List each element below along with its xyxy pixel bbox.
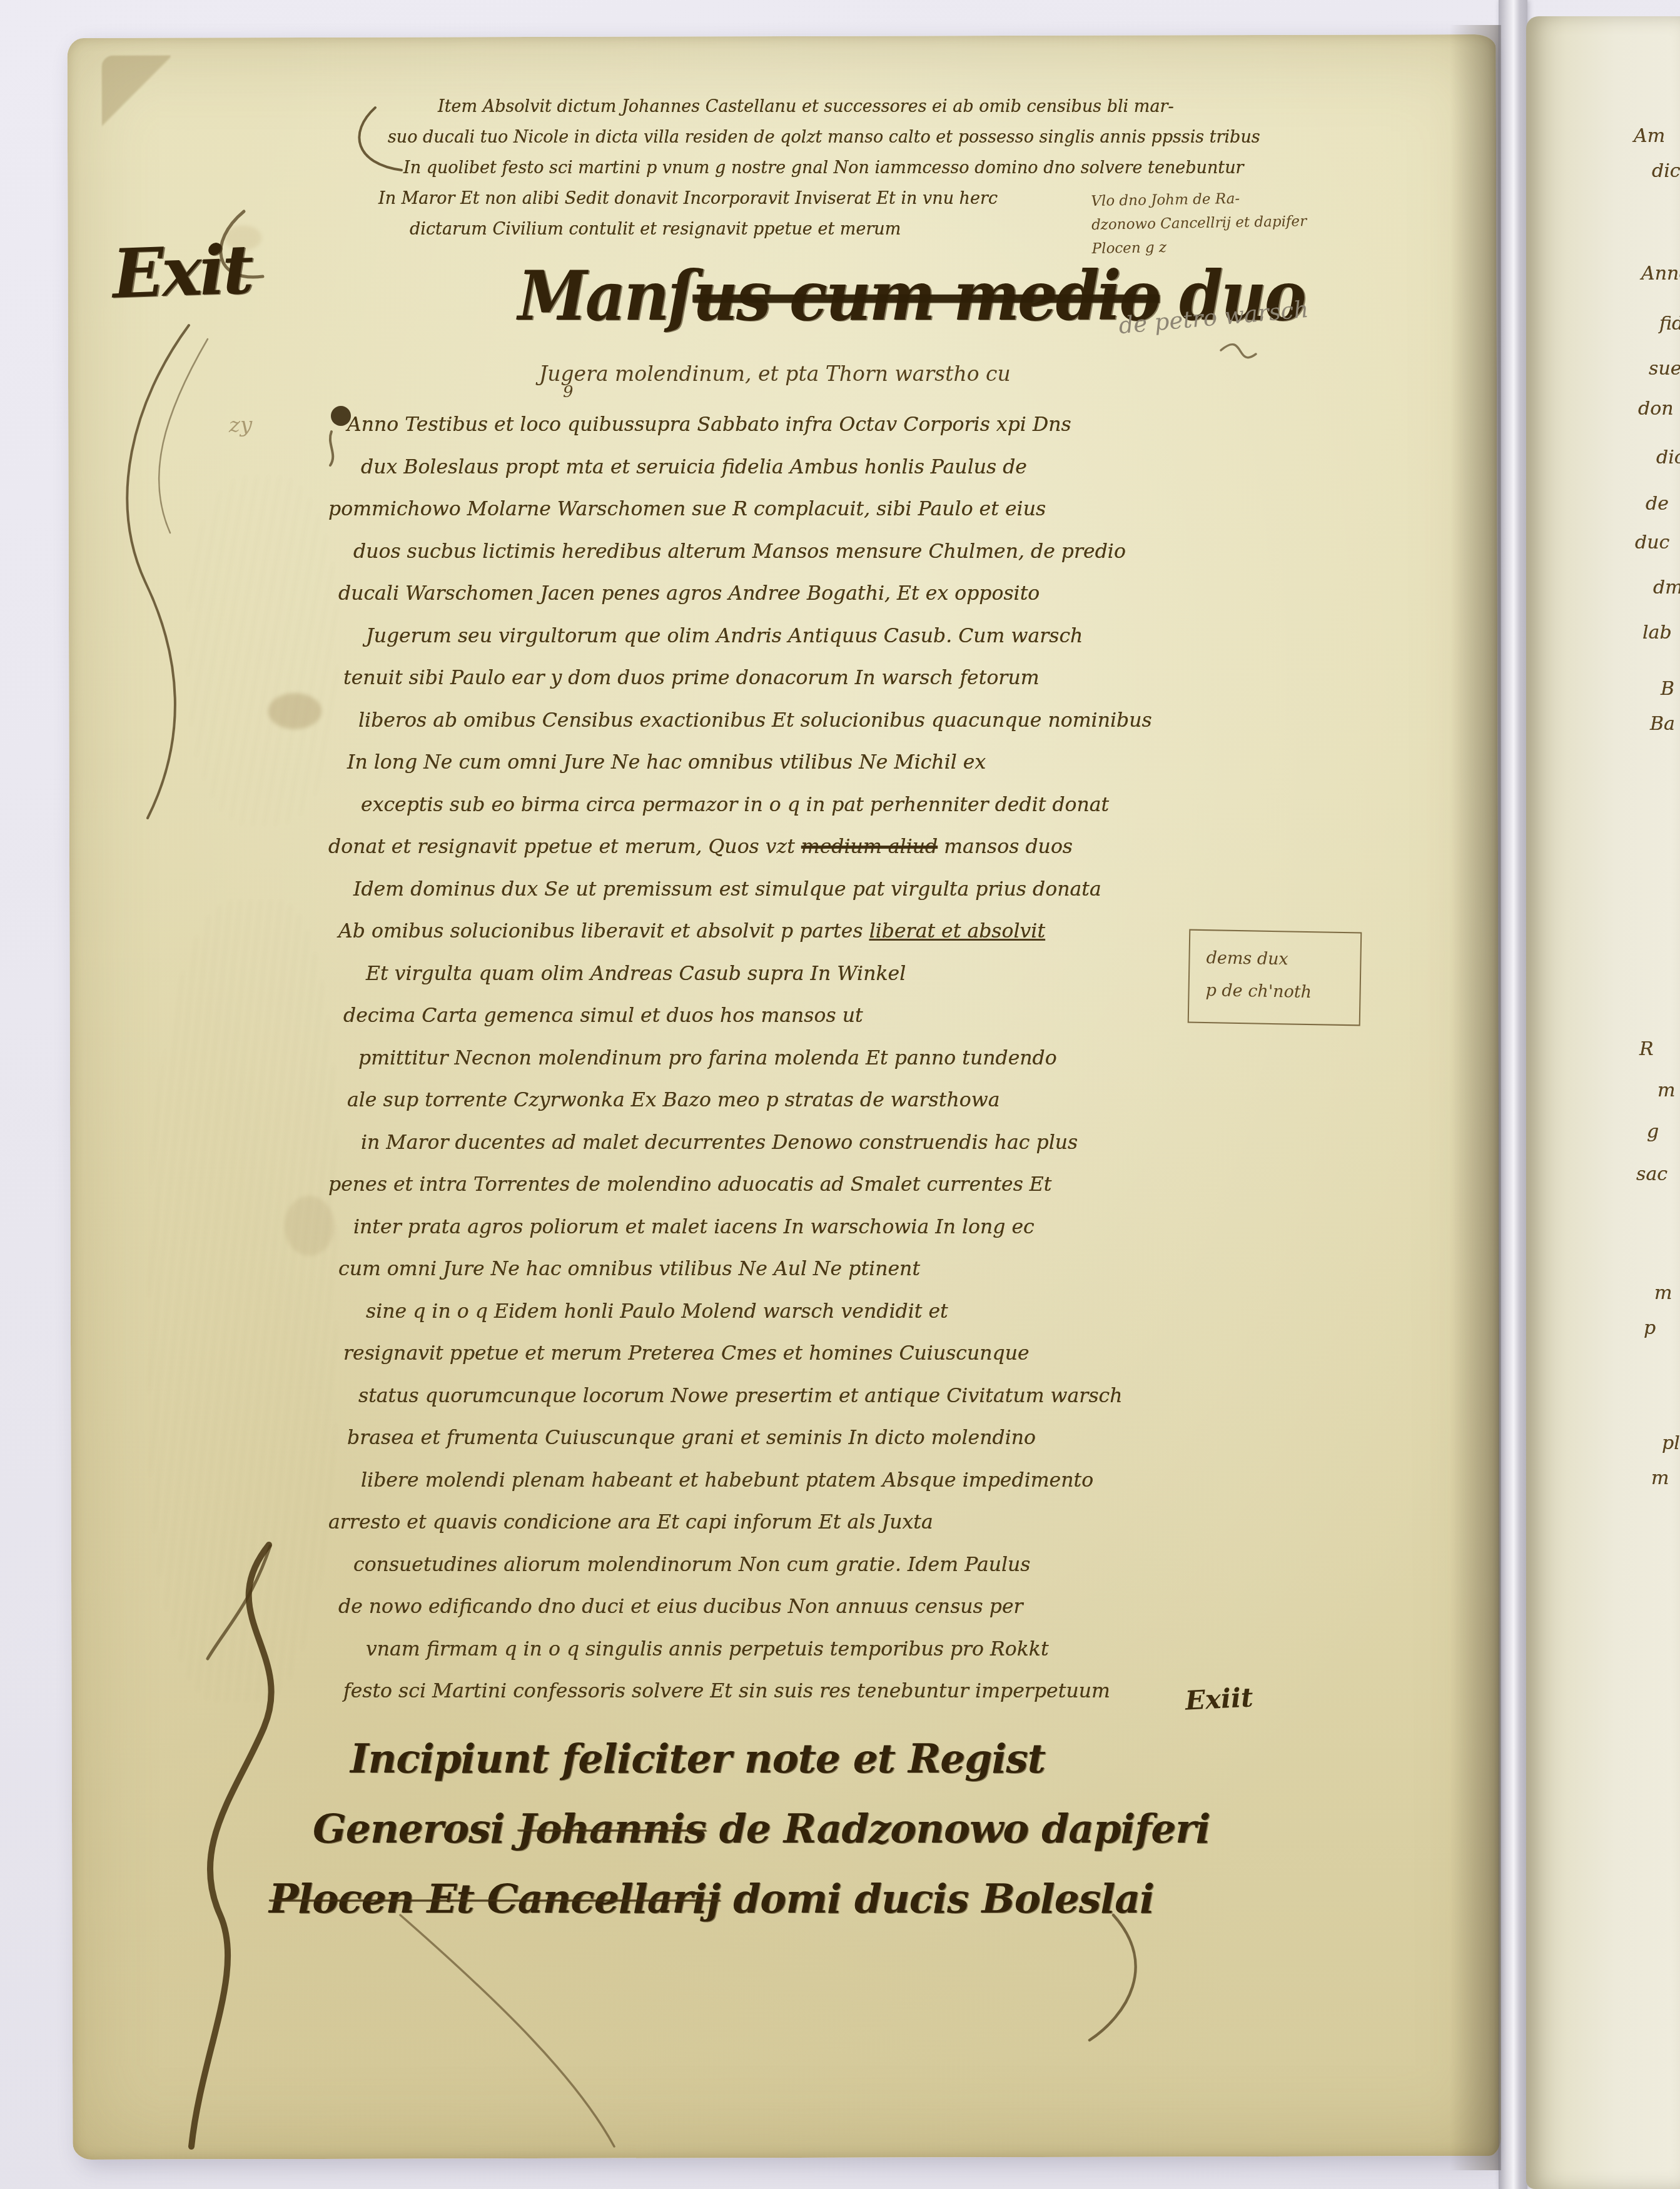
text-segment: dux Boleslaus propt mta et seruicia fide…: [361, 456, 1027, 478]
facing-page-text-fragment: duc: [1635, 532, 1669, 554]
text-segment: decima Carta gemenca simul et duos hos m…: [343, 1004, 863, 1027]
body-line: brasea et frumenta Cuiuscunque grani et …: [347, 1417, 1310, 1460]
entry-subheading: Jugera molendinum, et pta Thorn warstho …: [539, 361, 1011, 386]
text-segment: dictarum Civilium contulit et resignavit…: [410, 220, 901, 239]
facing-page-text-fragment: R: [1639, 1038, 1654, 1060]
body-line: decima Carta gemenca simul et duos hos m…: [343, 995, 1310, 1038]
facing-page-text-fragment: g: [1647, 1121, 1659, 1143]
text-segment: liberos ab omibus Censibus exactionibus …: [358, 709, 1152, 732]
body-line: Anno Testibus et loco quibussupra Sabbat…: [347, 404, 1310, 447]
text-segment: Johannis: [517, 1806, 706, 1852]
text-segment: In long Ne cum omni Jure Ne hac omnibus …: [347, 751, 986, 774]
top-line: suo ducali tuo Nicole in dicta villa res…: [388, 122, 1260, 153]
text-segment: arresto et quavis condicione ara Et capi…: [328, 1511, 933, 1534]
body-line: ale sup torrente Czyrwonka Ex Bazo meo p…: [347, 1079, 1310, 1122]
body-line: status quorumcunque locorum Nowe presert…: [358, 1375, 1310, 1418]
body-line: in Maror ducentes ad malet decurrentes D…: [361, 1122, 1310, 1165]
bottom-line: Generosi Johannis de Radzonowo dapiferi: [313, 1794, 1210, 1864]
text-segment: Plocen Et Cancellarij: [269, 1876, 720, 1922]
body-line: Jugerum seu virgultorum que olim Andris …: [366, 615, 1310, 658]
body-line: In long Ne cum omni Jure Ne hac omnibus …: [347, 742, 1310, 784]
text-segment: Generosi: [313, 1806, 517, 1852]
text-segment: in Maror ducentes ad malet decurrentes D…: [361, 1131, 1078, 1154]
facing-page-text-fragment: m: [1651, 1467, 1669, 1489]
body-line: cum omni Jure Ne hac omnibus vtilibus Ne…: [338, 1248, 1310, 1291]
text-segment: medium aliud: [801, 836, 938, 858]
text-segment: de nowo edificando dno duci et eius duci…: [338, 1595, 1023, 1618]
body-line: consuetudines aliorum molendinorum Non c…: [353, 1544, 1310, 1587]
text-segment: status quorumcunque locorum Nowe presert…: [358, 1385, 1122, 1407]
text-segment: domi ducis Boleslai: [720, 1876, 1154, 1922]
body-line: inter prata agros poliorum et malet iace…: [353, 1206, 1310, 1249]
facing-page-text-fragment: B: [1661, 678, 1674, 700]
bottom-line: Incipiunt feliciter note et Regist: [350, 1724, 1210, 1794]
facing-page-edge: AmdictAnnofidelisuedondictodeducdmlabBBa…: [1526, 16, 1680, 2189]
text-segment: sine q in o q Eidem honli Paulo Molend w…: [366, 1300, 948, 1323]
body-line: de nowo edificando dno duci et eius duci…: [338, 1586, 1310, 1629]
body-line: liberos ab omibus Censibus exactionibus …: [358, 700, 1310, 742]
body-line: ducali Warschomen Jacen penes agros Andr…: [338, 573, 1310, 615]
body-line: festo sci Martini confessoris solvere Et…: [343, 1671, 1310, 1713]
text-segment: resignavit ppetue et merum Preterea Cmes…: [343, 1342, 1030, 1365]
side-note-line: dzonowo Cancellrij et dapifer: [1091, 210, 1307, 237]
facing-page-text-fragment: m: [1654, 1282, 1672, 1304]
text-segment: festo sci Martini confessoris solvere Et…: [343, 1680, 1110, 1702]
facing-page-text-fragment: don: [1638, 398, 1674, 420]
bottom-line: Plocen Et Cancellarij domi ducis Bolesla…: [269, 1864, 1210, 1934]
facing-page-text-fragment: p: [1644, 1317, 1656, 1339]
boxed-note-line: p de ch'noth: [1205, 974, 1360, 1009]
body-line: sine q in o q Eidem honli Paulo Molend w…: [366, 1291, 1310, 1333]
page-corner-fold: [102, 56, 171, 131]
facing-page-text-fragment: Anno: [1641, 263, 1680, 285]
facing-page-text-fragment: Am: [1634, 125, 1665, 147]
text-segment: liberat et absolvit: [869, 920, 1045, 943]
text-segment: pmittitur Necnon molendinum pro farina m…: [358, 1047, 1057, 1069]
heading-pre: Manſ: [518, 256, 692, 335]
text-segment: ducali Warschomen Jacen penes agros Andr…: [338, 582, 1040, 605]
text-segment: vnam firmam q in o q singulis annis perp…: [366, 1638, 1049, 1661]
text-segment: libere molendi plenam habeant et habebun…: [361, 1469, 1093, 1492]
facing-page-text-fragment: lab: [1642, 622, 1672, 644]
facing-page-text-fragment: de: [1646, 493, 1669, 515]
body-line: vnam firmam q in o q singulis annis perp…: [366, 1629, 1310, 1671]
body-line: libere molendi plenam habeant et habebun…: [361, 1460, 1310, 1502]
body-line: exceptis sub eo birma circa permazor in …: [361, 784, 1310, 827]
register-inscription: Incipiunt feliciter note et RegistGenero…: [269, 1724, 1210, 1934]
text-segment: Item Absolvit dictum Johannes Castellanu…: [438, 97, 1174, 116]
facing-page-text-fragment: dicto: [1656, 447, 1680, 468]
text-segment: Et virgulta quam olim Andreas Casub supr…: [366, 963, 906, 985]
marginal-side-note: Vlo dno Johm de Ra-dzonowo Cancellrij et…: [1091, 186, 1307, 261]
glass-divider-strip: [1499, 0, 1527, 2189]
facing-page-text-fragment: dict: [1652, 160, 1680, 182]
facing-page-text-fragment: fideli: [1659, 313, 1680, 335]
body-line: Et virgulta quam olim Andreas Casub supr…: [366, 953, 1310, 996]
text-segment: pommichowo Molarne Warschomen sue R comp…: [328, 498, 1046, 520]
facing-page-text-fragment: sac: [1636, 1163, 1667, 1185]
text-segment: In Maror Et non alibi Sedit donavit Inco…: [378, 189, 998, 208]
text-segment: duos sucbus lictimis heredibus alterum M…: [353, 540, 1126, 563]
text-segment: Jugerum seu virgultorum que olim Andris …: [366, 625, 1083, 647]
showthrough-ghost-text: [149, 901, 337, 1701]
text-segment: Ab omibus solucionibus liberavit et abso…: [338, 920, 869, 943]
facing-page-text-fragment: sue: [1649, 358, 1680, 380]
text-segment: de Radzonowo dapiferi: [706, 1806, 1210, 1852]
text-segment: exceptis sub eo birma circa permazor in …: [361, 794, 1109, 816]
text-segment: suo ducali tuo Nicole in dicta villa res…: [388, 128, 1260, 147]
body-line: Idem dominus dux Se ut premissum est sim…: [353, 869, 1310, 911]
body-line: pommichowo Molarne Warschomen sue R comp…: [328, 488, 1310, 531]
body-line: Ab omibus solucionibus liberavit et abso…: [338, 911, 1310, 953]
text-segment: brasea et frumenta Cuiuscunque grani et …: [347, 1427, 1036, 1449]
top-line: Item Absolvit dictum Johannes Castellanu…: [438, 91, 1260, 122]
body-line: duos sucbus lictimis heredibus alterum M…: [353, 531, 1310, 574]
body-line: arresto et quavis condicione ara Et capi…: [328, 1502, 1310, 1544]
text-segment: ale sup torrente Czyrwonka Ex Bazo meo p…: [347, 1089, 999, 1111]
gutter-shadow: [1450, 25, 1501, 2170]
text-segment: consuetudines aliorum molendinorum Non c…: [353, 1554, 1031, 1576]
body-line: resignavit ppetue et merum Preterea Cmes…: [343, 1333, 1310, 1375]
text-segment: mansos duos: [938, 836, 1073, 858]
text-segment: inter prata agros poliorum et malet iace…: [353, 1216, 1035, 1238]
exiit-note: Exiit: [1185, 1682, 1254, 1716]
body-line: penes et intra Torrentes de molendino ad…: [328, 1164, 1310, 1206]
facing-page-text-fragment: pl: [1662, 1432, 1680, 1454]
text-segment: tenuit sibi Paulo ear y dom duos prime d…: [343, 667, 1040, 689]
body-text-block: Anno Testibus et loco quibussupra Sabbat…: [322, 404, 1310, 1713]
text-segment: Incipiunt feliciter note et Regist: [350, 1736, 1045, 1782]
facing-page-text-fragment: Ba: [1650, 713, 1675, 735]
text-segment: In quolibet festo sci martini p vnum g n…: [403, 158, 1244, 178]
margin-small-mark: zy: [229, 413, 252, 438]
facing-page-text-fragment: dm: [1653, 577, 1680, 599]
facing-page-text-fragment: m: [1657, 1079, 1675, 1101]
photo-background: Item Absolvit dictum Johannes Castellanu…: [0, 0, 1680, 2189]
text-segment: Idem dominus dux Se ut premissum est sim…: [353, 878, 1101, 901]
body-line: dux Boleslaus propt mta et seruicia fide…: [361, 447, 1310, 489]
body-line: tenuit sibi Paulo ear y dom duos prime d…: [343, 657, 1310, 700]
body-line: pmittitur Necnon molendinum pro farina m…: [358, 1038, 1310, 1080]
text-segment: penes et intra Torrentes de molendino ad…: [328, 1173, 1052, 1196]
showthrough-ghost-text: [188, 475, 338, 826]
boxed-marginal-note: dems duxp de ch'noth: [1188, 929, 1362, 1026]
text-segment: Anno Testibus et loco quibussupra Sabbat…: [347, 413, 1071, 436]
boxed-note-line: dems dux: [1206, 942, 1360, 977]
text-segment: donat et resignavit ppetue et merum, Quo…: [328, 836, 801, 858]
side-note-line: Vlo dno Johm de Ra-: [1091, 186, 1307, 213]
heading-struck-words: us cum medio: [692, 256, 1159, 335]
text-segment: cum omni Jure Ne hac omnibus vtilibus Ne…: [338, 1258, 920, 1280]
margin-exit-label: Exit: [111, 230, 253, 314]
body-line: donat et resignavit ppetue et merum, Quo…: [328, 826, 1310, 869]
top-line: In quolibet festo sci martini p vnum g n…: [403, 153, 1260, 183]
